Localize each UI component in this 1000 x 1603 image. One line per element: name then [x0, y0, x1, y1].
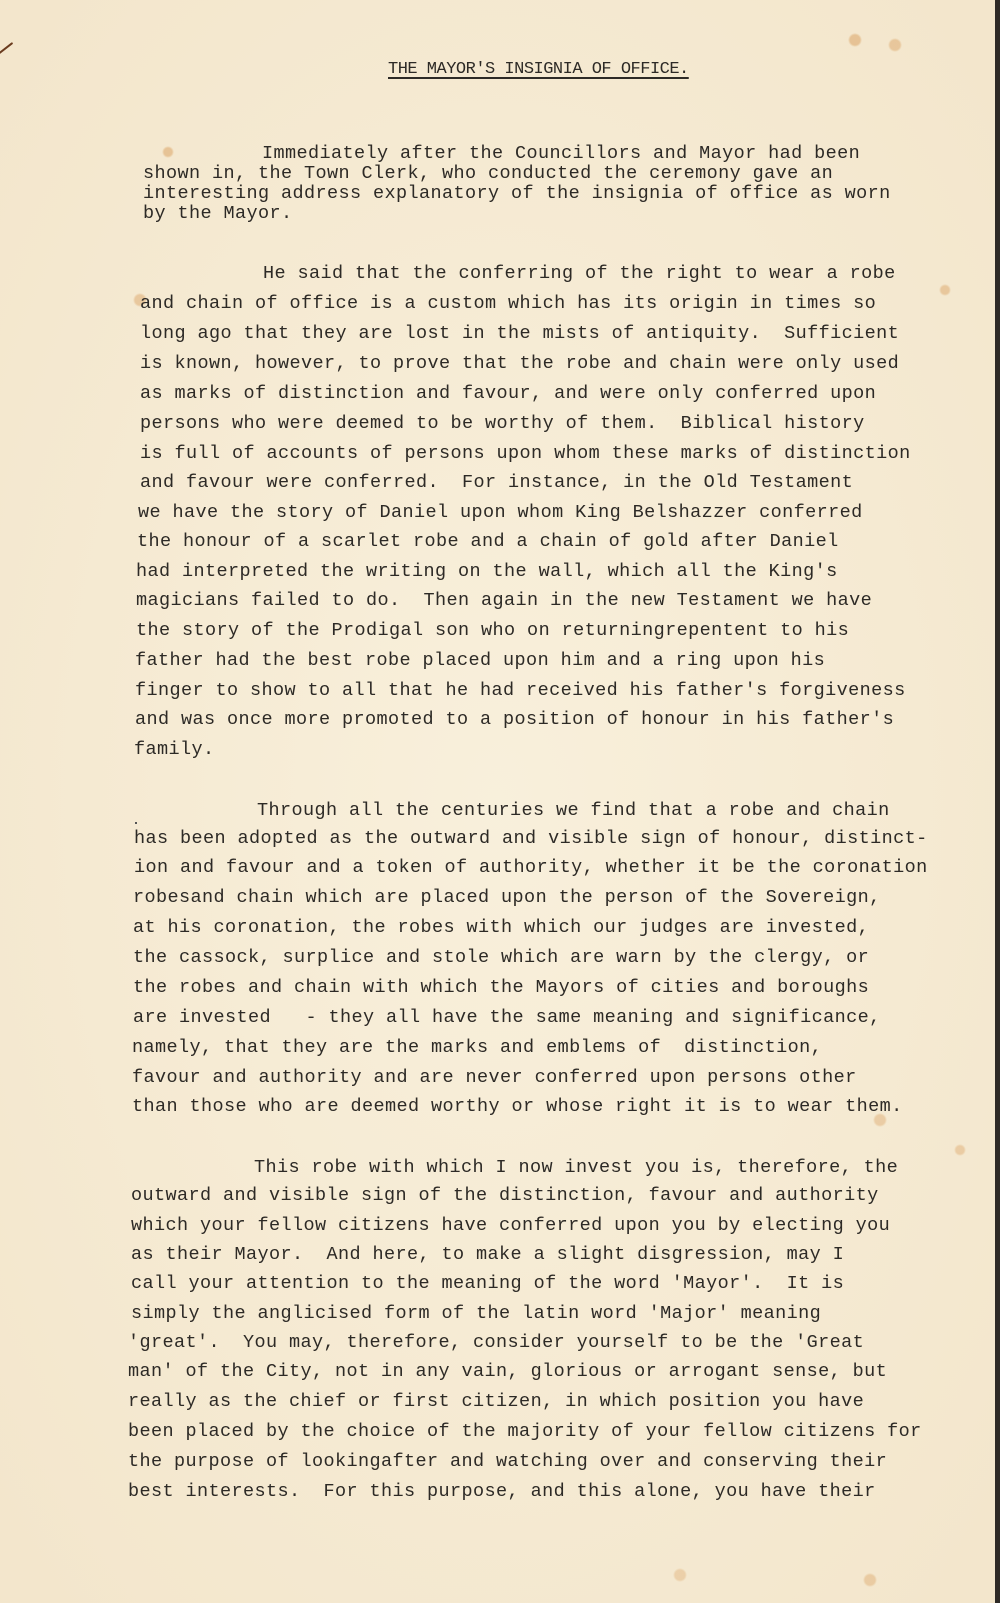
- text-line: which your fellow citizens have conferre…: [131, 1215, 890, 1236]
- text-line: by the Mayor.: [143, 203, 293, 224]
- text-line: really as the chief or first citizen, in…: [128, 1391, 864, 1412]
- text-line: the robes and chain with which the Mayor…: [133, 977, 869, 998]
- text-line: the honour of a scarlet robe and a chain…: [137, 531, 839, 552]
- page-edge: [995, 0, 1000, 1603]
- text-line: best interests. For this purpose, and th…: [128, 1481, 876, 1502]
- text-line: and was once more promoted to a position…: [135, 709, 894, 730]
- text-line: the cassock, surplice and stole which ar…: [133, 947, 869, 968]
- text-line: favour and authority and are never confe…: [132, 1067, 857, 1088]
- text-line: been placed by the choice of the majorit…: [128, 1421, 922, 1442]
- stray-dot: [135, 822, 137, 824]
- pen-mark: [0, 42, 13, 69]
- document-title: THE MAYOR'S INSIGNIA OF OFFICE.: [388, 60, 689, 79]
- text-line: Immediately after the Councillors and Ma…: [262, 143, 860, 164]
- text-line: 'great'. You may, therefore, consider yo…: [128, 1332, 864, 1353]
- text-line: This robe with which I now invest you is…: [254, 1157, 898, 1178]
- text-line: as their Mayor. And here, to make a slig…: [131, 1244, 844, 1265]
- text-line: He said that the conferring of the right…: [263, 263, 896, 284]
- text-line: simply the anglicised form of the latin …: [131, 1303, 821, 1324]
- text-line: man' of the City, not in any vain, glori…: [128, 1361, 887, 1382]
- document-page: THE MAYOR'S INSIGNIA OF OFFICE. Immediat…: [0, 0, 995, 1603]
- text-line: ion and favour and a token of authority,…: [134, 857, 928, 878]
- text-line: and favour were conferred. For instance,…: [140, 472, 853, 493]
- text-line: are invested - they all have the same me…: [133, 1007, 881, 1028]
- text-line: finger to show to all that he had receiv…: [135, 680, 906, 701]
- text-line: had interpreted the writing on the wall,…: [136, 561, 838, 582]
- text-line: robesand chain which are placed upon the…: [133, 887, 881, 908]
- text-line: outward and visible sign of the distinct…: [131, 1185, 879, 1206]
- text-line: persons who were deemed to be worthy of …: [140, 413, 865, 434]
- text-line: the story of the Prodigal son who on ret…: [136, 620, 849, 641]
- text-line: has been adopted as the outward and visi…: [134, 828, 928, 849]
- text-line: magicians failed to do. Then again in th…: [136, 590, 872, 611]
- text-line: family.: [134, 739, 215, 760]
- text-line: Through all the centuries we find that a…: [257, 800, 890, 821]
- text-line: call your attention to the meaning of th…: [131, 1273, 844, 1294]
- text-line: long ago that they are lost in the mists…: [140, 323, 899, 344]
- text-line: the purpose of lookingafter and watching…: [128, 1451, 887, 1472]
- text-line: interesting address explanatory of the i…: [143, 183, 891, 204]
- text-line: is known, however, to prove that the rob…: [140, 353, 899, 374]
- text-line: as marks of distinction and favour, and …: [140, 383, 876, 404]
- text-line: father had the best robe placed upon him…: [135, 650, 825, 671]
- text-line: namely, that they are the marks and embl…: [132, 1037, 822, 1058]
- text-line: is full of accounts of persons upon whom…: [140, 443, 911, 464]
- text-line: and chain of office is a custom which ha…: [140, 293, 876, 314]
- text-line: shown in, the Town Clerk, who conducted …: [143, 163, 833, 184]
- text-line: than those who are deemed worthy or whos…: [132, 1096, 903, 1117]
- text-line: at his coronation, the robes with which …: [133, 917, 869, 938]
- text-line: we have the story of Daniel upon whom Ki…: [138, 502, 863, 523]
